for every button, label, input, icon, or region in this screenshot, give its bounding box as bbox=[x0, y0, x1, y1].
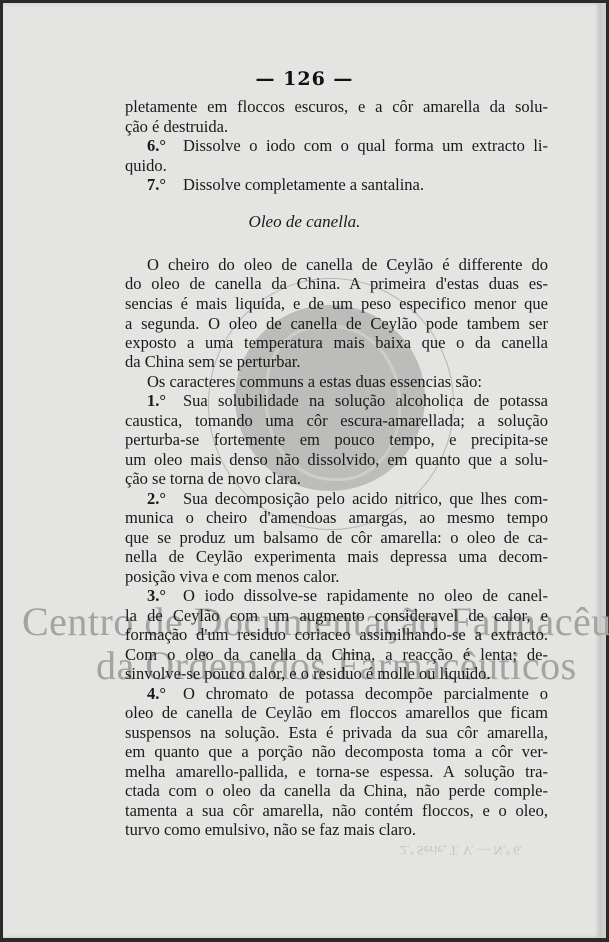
text-line: O cheiro do oleo de canella de Ceylão é … bbox=[125, 255, 548, 275]
text-line: ção é destruida. bbox=[125, 117, 548, 137]
text-line: caustica, tomando uma côr escura-amarell… bbox=[125, 411, 548, 431]
text-line: formação d'um residuo coriaceo assimilha… bbox=[125, 625, 548, 645]
text-line: Os caracteres communs a estas duas essen… bbox=[125, 372, 548, 392]
item-number: 6.° bbox=[147, 136, 183, 156]
line-text: pletamente em floccos escuros, e a côr a… bbox=[125, 97, 548, 116]
text-line: tamenta a sua côr amarella, não contém f… bbox=[125, 801, 548, 821]
line-text: O iodo dissolve-se rapidamente no oleo d… bbox=[183, 586, 548, 605]
line-text: caustica, tomando uma côr escura-amarell… bbox=[125, 411, 548, 430]
item-number: 2.° bbox=[147, 489, 183, 509]
numbered-item-line: 6.°Dissolve o iodo com o qual forma um e… bbox=[125, 136, 548, 156]
line-text: perturba-se fortemente em pouco tempo, e… bbox=[125, 430, 548, 449]
line-text: posição viva e com menos calor. bbox=[125, 567, 339, 586]
text-line: do oleo de canella da China. A primeira … bbox=[125, 274, 548, 294]
text-line: que se produz um balsamo de côr amarella… bbox=[125, 528, 548, 548]
text-line: posição viva e com menos calor. bbox=[125, 567, 548, 587]
item-number: 7.° bbox=[147, 175, 183, 195]
line-text: a segunda. O oleo de canella de Ceylão p… bbox=[125, 314, 548, 333]
text-line: da China sem se perturbar. bbox=[125, 352, 548, 372]
line-text: munica o cheiro d'amendoas amargas, ao m… bbox=[125, 508, 548, 527]
line-text: sinvolve-se pouco calor, e o residuo é m… bbox=[125, 664, 490, 683]
line-text: turvo como emulsivo, não se faz mais cla… bbox=[125, 820, 416, 839]
line-text: do oleo de canella da China. A primeira … bbox=[125, 274, 548, 293]
line-text: sencias é mais liquida, e de um peso esp… bbox=[125, 294, 548, 313]
text-line: melha amarello-pallida, e torna-se espes… bbox=[125, 762, 548, 782]
text-line: ção se torna de novo clara. bbox=[125, 469, 548, 489]
line-text: ção se torna de novo clara. bbox=[125, 469, 301, 488]
line-text: exposto a uma temperatura mais baixa que… bbox=[125, 333, 548, 352]
line-text: formação d'um residuo coriaceo assimilha… bbox=[125, 625, 548, 644]
line-text: em quanto que a porção não decomposta to… bbox=[125, 742, 548, 761]
numbered-item-line: 7.°Dissolve completamente a santalina. bbox=[125, 175, 548, 195]
text-line: em quanto que a porção não decomposta to… bbox=[125, 742, 548, 762]
line-text: Dissolve completamente a santalina. bbox=[183, 175, 424, 194]
line-text: que se produz um balsamo de côr amarella… bbox=[125, 528, 548, 547]
line-text: ção é destruida. bbox=[125, 117, 228, 136]
section-title: Oleo de canella. bbox=[0, 212, 609, 232]
line-text: Sua solubilidade na solução alcoholica d… bbox=[183, 391, 548, 410]
line-text: tamenta a sua côr amarella, não contém f… bbox=[125, 801, 548, 820]
text-line: a segunda. O oleo de canella de Ceylão p… bbox=[125, 314, 548, 334]
item-number: 4.° bbox=[147, 684, 183, 704]
text-line: la de Ceylão com um augmento considerave… bbox=[125, 606, 548, 626]
item-number: 3.° bbox=[147, 586, 183, 606]
text-line: pletamente em floccos escuros, e a côr a… bbox=[125, 97, 548, 117]
line-text: Dissolve o iodo com o qual forma um extr… bbox=[183, 136, 548, 155]
text-line: ctada com o oleo da canella da China, nã… bbox=[125, 781, 548, 801]
numbered-item-line: 2.°Sua decomposição pelo acido nitrico, … bbox=[125, 489, 548, 509]
line-text: la de Ceylão com um augmento considerave… bbox=[125, 606, 548, 625]
text-line: exposto a uma temperatura mais baixa que… bbox=[125, 333, 548, 353]
line-text: da China sem se perturbar. bbox=[125, 352, 301, 371]
text-line: turvo como emulsivo, não se faz mais cla… bbox=[125, 820, 548, 840]
text-line: oleo de canella de Ceylão em floccos ama… bbox=[125, 703, 548, 723]
text-line: sinvolve-se pouco calor, e o residuo é m… bbox=[125, 664, 548, 684]
line-text: nella de Ceylão experimenta mais depress… bbox=[125, 547, 548, 566]
bleed-through-text: 2.ª Serie, T. V. — N.º 6. bbox=[400, 842, 523, 858]
line-text: ctada com o oleo da canella da China, nã… bbox=[125, 781, 548, 800]
text-line: um oleo mais denso não dissolvido, em qu… bbox=[125, 450, 548, 470]
text-line: quido. bbox=[125, 156, 548, 176]
text-line: perturba-se fortemente em pouco tempo, e… bbox=[125, 430, 548, 450]
line-text: O cheiro do oleo de canella de Ceylão é … bbox=[147, 255, 548, 274]
text-line: sencias é mais liquida, e de um peso esp… bbox=[125, 294, 548, 314]
page-number: — 126 — bbox=[0, 68, 609, 90]
line-text: melha amarello-pallida, e torna-se espes… bbox=[125, 762, 548, 781]
line-text: Sua decomposição pelo acido nitrico, que… bbox=[183, 489, 548, 508]
line-text: um oleo mais denso não dissolvido, em qu… bbox=[125, 450, 548, 469]
line-text: oleo de canella de Ceylão em floccos ama… bbox=[125, 703, 548, 722]
text-line: suspensos na solução. Esta é privada da … bbox=[125, 723, 548, 743]
line-text: quido. bbox=[125, 156, 167, 175]
numbered-item-line: 1.°Sua solubilidade na solução alcoholic… bbox=[125, 391, 548, 411]
text-line: nella de Ceylão experimenta mais depress… bbox=[125, 547, 548, 567]
numbered-item-line: 4.°O chromato de potassa decompõe parcia… bbox=[125, 684, 548, 704]
item-number: 1.° bbox=[147, 391, 183, 411]
line-text: Os caracteres communs a estas duas essen… bbox=[147, 372, 482, 391]
line-text: O chromato de potassa decompõe parcialme… bbox=[183, 684, 548, 703]
numbered-item-line: 3.°O iodo dissolve-se rapidamente no ole… bbox=[125, 586, 548, 606]
line-text: Com o oleo da canella da China, a reacçã… bbox=[125, 645, 548, 664]
text-line: munica o cheiro d'amendoas amargas, ao m… bbox=[125, 508, 548, 528]
line-text: suspensos na solução. Esta é privada da … bbox=[125, 723, 548, 742]
text-line: Com o oleo da canella da China, a reacçã… bbox=[125, 645, 548, 665]
